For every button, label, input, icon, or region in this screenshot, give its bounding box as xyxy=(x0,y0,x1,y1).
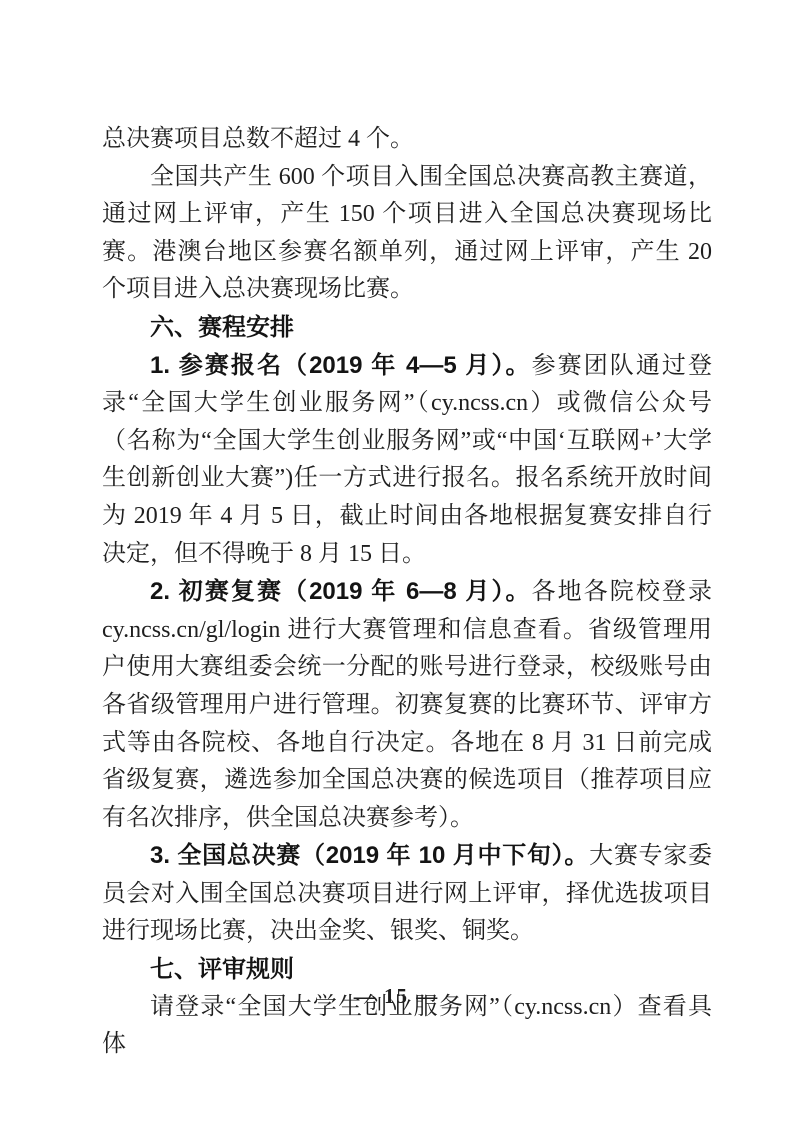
item-2-body: 各地各院校登录 cy.ncss.cn/gl/login 进行大赛管理和信息查看。… xyxy=(102,579,712,831)
page-number: — 15 — xyxy=(0,984,793,1009)
heading-section-6-schedule: 六、赛程安排 xyxy=(102,309,712,347)
document-body: 总决赛项目总数不超过 4 个。 全国共产生 600 个项目入围全国总决赛高教主赛… xyxy=(102,121,712,1064)
paragraph-item-1-registration: 1. 参赛报名（2019 年 4—5 月）。参赛团队通过登录“全国大学生创业服务… xyxy=(102,347,712,574)
item-2-lead: 2. 初赛复赛（2019 年 6—8 月）。 xyxy=(150,578,532,605)
paragraph-item-3-national-finals: 3. 全国总决赛（2019 年 10 月中下旬）。大赛专家委员会对入围全国总决赛… xyxy=(102,837,712,951)
item-1-lead: 1. 参赛报名（2019 年 4—5 月）。 xyxy=(150,352,532,379)
paragraph-item-2-preliminary: 2. 初赛复赛（2019 年 6—8 月）。各地各院校登录 cy.ncss.cn… xyxy=(102,573,712,837)
item-3-lead: 3. 全国总决赛（2019 年 10 月中下旬）。 xyxy=(150,842,589,869)
paragraph-finals-quota: 总决赛项目总数不超过 4 个。 xyxy=(102,121,712,159)
document-page: 总决赛项目总数不超过 4 个。 全国共产生 600 个项目入围全国总决赛高教主赛… xyxy=(0,0,793,1122)
item-1-body: 参赛团队通过登录“全国大学生创业服务网”（cy.ncss.cn）或微信公众号（名… xyxy=(102,353,712,567)
paragraph-selection-overview: 全国共产生 600 个项目入围全国总决赛高教主赛道，通过网上评审，产生 150 … xyxy=(102,159,712,309)
